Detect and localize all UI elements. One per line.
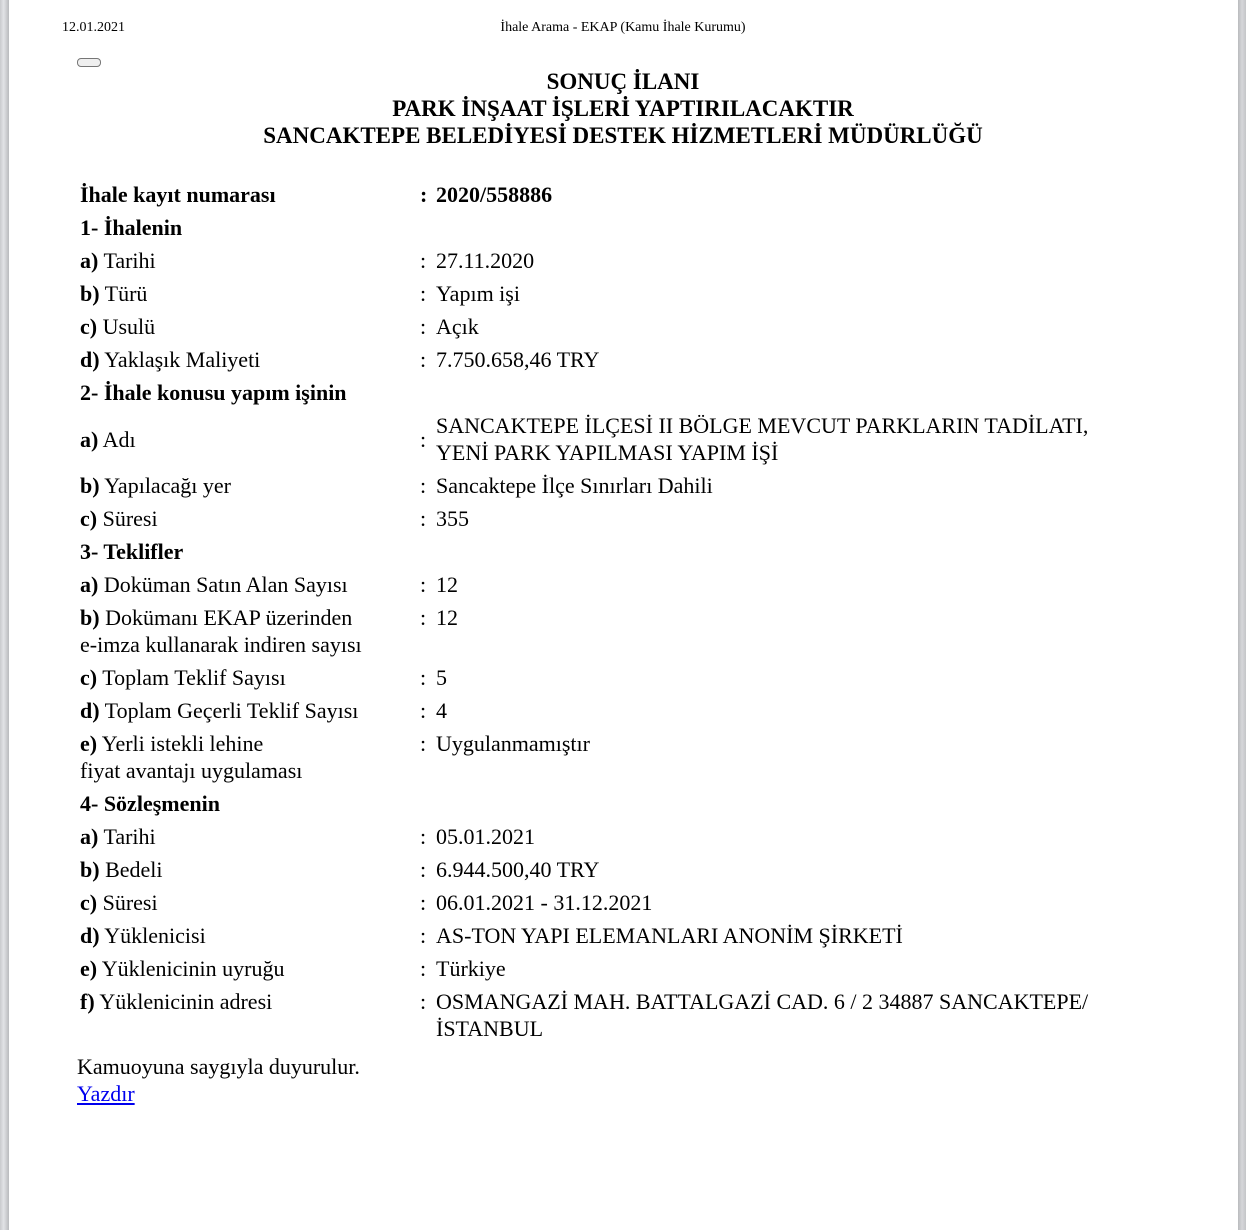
section-4-title: 4- Sözleşmenin [78, 787, 1166, 820]
print-link[interactable]: Yazdır [77, 1081, 135, 1106]
heading-authority: SANCAKTEPE BELEDİYESİ DESTEK HİZMETLERİ … [0, 122, 1246, 149]
section-title-row: 4- Sözleşmenin [78, 787, 1166, 820]
heading-title: SONUÇ İLANI [0, 68, 1246, 95]
table-row: c) Usulü : Açık [78, 310, 1166, 343]
table-row: c) Süresi : 06.01.2021 - 31.12.2021 [78, 886, 1166, 919]
table-row: d) Toplam Geçerli Teklif Sayısı : 4 [78, 694, 1166, 727]
table-row: d) Yaklaşık Maliyeti : 7.750.658,46 TRY [78, 343, 1166, 376]
announcement-heading: SONUÇ İLANI PARK İNŞAAT İŞLERİ YAPTIRILA… [0, 68, 1246, 149]
section-1-title: 1- İhalenin [78, 211, 1166, 244]
registration-value: 2020/558886 [434, 178, 1166, 211]
table-row: b) Türü : Yapım işi [78, 277, 1166, 310]
table-row: d) Yüklenicisi : AS-TON YAPI ELEMANLARI … [78, 919, 1166, 952]
table-row: a) Doküman Satın Alan Sayısı : 12 [78, 568, 1166, 601]
section-3-title: 3- Teklifler [78, 535, 1166, 568]
table-row: e) Yüklenicinin uyruğu : Türkiye [78, 952, 1166, 985]
table-row: f) Yüklenicinin adresi : OSMANGAZİ MAH. … [78, 985, 1166, 1045]
table-row: c) Süresi : 355 [78, 502, 1166, 535]
closing-text: Kamuoyuna saygıyla duyurulur. [77, 1053, 360, 1080]
section-title-row: 1- İhalenin [78, 211, 1166, 244]
registration-label: İhale kayıt numarası [78, 178, 418, 211]
heading-subject: PARK İNŞAAT İŞLERİ YAPTIRILACAKTIR [0, 95, 1246, 122]
window-edge-right [1238, 0, 1246, 1230]
registration-row: İhale kayıt numarası : 2020/558886 [78, 178, 1166, 211]
table-row: a) Adı : SANCAKTEPE İLÇESİ II BÖLGE MEVC… [78, 409, 1166, 469]
section-2-title: 2- İhale konusu yapım işinin [78, 376, 1166, 409]
small-toggle-button[interactable] [77, 58, 101, 67]
table-row: b) Bedeli : 6.944.500,40 TRY [78, 853, 1166, 886]
print-header-title: İhale Arama - EKAP (Kamu İhale Kurumu) [0, 20, 1246, 36]
section-title-row: 3- Teklifler [78, 535, 1166, 568]
announcement-details-table: İhale kayıt numarası : 2020/558886 1- İh… [78, 178, 1166, 1045]
table-row: a) Tarihi : 27.11.2020 [78, 244, 1166, 277]
section-title-row: 2- İhale konusu yapım işinin [78, 376, 1166, 409]
window-edge-left [0, 0, 9, 1230]
closing-block: Kamuoyuna saygıyla duyurulur. Yazdır [77, 1053, 360, 1107]
table-row: a) Tarihi : 05.01.2021 [78, 820, 1166, 853]
table-row: e) Yerli istekli lehinefiyat avantajı uy… [78, 727, 1166, 787]
table-row: b) Dokümanı EKAP üzerindene-imza kullana… [78, 601, 1166, 661]
table-row: c) Toplam Teklif Sayısı : 5 [78, 661, 1166, 694]
table-row: b) Yapılacağı yer : Sancaktepe İlçe Sını… [78, 469, 1166, 502]
